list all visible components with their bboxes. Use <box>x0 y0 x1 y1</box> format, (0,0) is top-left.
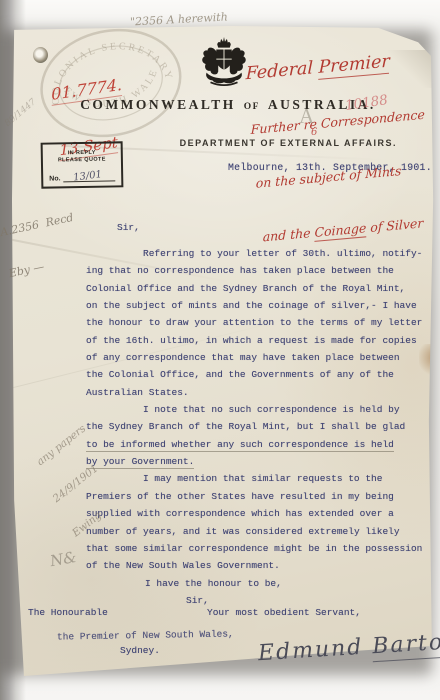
papers-line: Ewing <box>70 484 137 540</box>
letter-line: of any correspondence that may have take… <box>86 349 432 366</box>
letter-line: that some similar correspondence might b… <box>86 540 432 557</box>
photo-background: COLONIAL SECRETARY NEW SOUTH WALES "2356… <box>0 0 440 700</box>
letter-body: Referring to your letter of 30th. ultimo… <box>86 245 432 609</box>
red-figure-6: 6 <box>311 127 317 138</box>
letter-line: on the subject of mints and the coinage … <box>86 297 432 314</box>
letter-line: the honour to draw your attention to the… <box>86 314 432 331</box>
pencil-letter-a: A <box>299 104 314 129</box>
punch-hole <box>33 47 48 63</box>
letter-line: of the New South Wales Government. <box>86 557 432 574</box>
docket-word: Federal <box>246 58 319 84</box>
reply-quote-box: IN REPLY PLEASE QUOTE No. 13/01 <box>41 141 124 188</box>
signature-edmund-barton: Edmund Barton <box>220 606 434 694</box>
reply-box-line2: PLEASE QUOTE <box>43 156 121 164</box>
signature-last-name: Barton <box>372 629 440 662</box>
letter-line: Referring to your letter of 30th. ultimo… <box>86 245 432 262</box>
letter-line: Colonial Office and the Sydney Branch of… <box>86 280 432 297</box>
docket-word: of Silver <box>366 215 423 235</box>
closing-honourable: The Honourable <box>28 607 108 618</box>
docket-word-underlined: Premier <box>318 52 390 80</box>
pencil-note-top: "2356 A herewith <box>130 10 228 28</box>
docket-word-underlined: Coinage <box>314 220 366 242</box>
letter-line: Australian States. <box>86 384 432 401</box>
docket-word: and the <box>263 225 315 245</box>
reply-no-label: No. <box>49 175 60 182</box>
signature-first-name: Edmund <box>257 634 373 666</box>
received-line: Eby — <box>8 252 84 281</box>
letter-line: the Colonial Office, and the Governments… <box>86 366 432 383</box>
letter-line-underlined: to be informed whether any such correspo… <box>86 436 432 453</box>
letterhead-commonwealth: COMMONWEALTH <box>80 97 236 112</box>
papers-line: 24/9/1901 <box>46 453 113 509</box>
letter-line: of the 16th. ultimo, in which a request … <box>86 332 432 349</box>
letter-line-underlined: by your Government. <box>86 453 432 470</box>
red-docket-title: Federal Premier Further re Correspondenc… <box>236 11 427 285</box>
letter-line: the Sydney Branch of the Royal Mint, but… <box>86 418 432 435</box>
closing-city: Sydney. <box>120 645 160 656</box>
letter-line: I may mention that similar requests to t… <box>86 470 432 487</box>
letter-line: I have the honour to be, <box>86 575 432 592</box>
letter-line: I note that no such correspondence is he… <box>86 401 432 418</box>
letterhead-of: OF <box>244 102 260 112</box>
received-line: A.2356 Recd <box>0 211 75 240</box>
department-heading: DEPARTMENT OF EXTERNAL AFFAIRS. <box>180 138 397 148</box>
papers-line: any papers <box>22 423 89 479</box>
reply-no-value: 13/01 <box>73 169 103 183</box>
letter-line: ing that no correspondence has taken pla… <box>86 262 432 279</box>
dateline: Melbourne, 13th. September, 1901. <box>228 162 432 173</box>
salutation: Sir, <box>117 222 140 233</box>
